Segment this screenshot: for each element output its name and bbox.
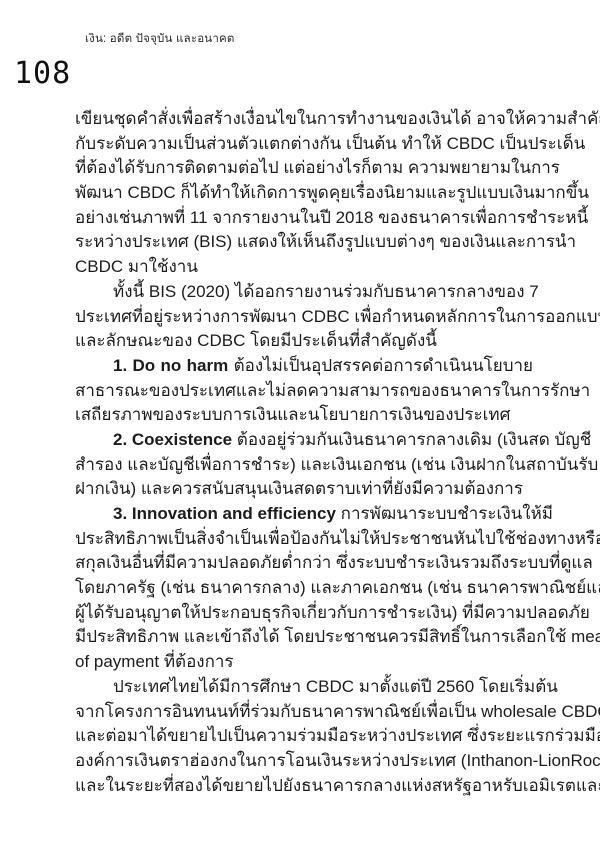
text-line: อย่างเช่นภาพที่ 11 จากรายงานในปี 2018 ขอ… <box>75 206 533 231</box>
text-line: และในระยะที่สองได้ขยายไปยังธนาคารกลางแห่… <box>75 774 533 799</box>
bold-list-label: 3. Innovation and efficiency <box>113 504 336 523</box>
text-line: 1. Do no harm ต้องไม่เป็นอุปสรรคต่อการดำ… <box>75 354 533 379</box>
text-line: ประเทศไทยได้มีการศึกษา CBDC มาตั้งแต่ปี … <box>75 675 533 700</box>
text-line: สาธารณะของประเทศและไม่ลดความสามารถของธนา… <box>75 379 533 404</box>
body-lines: เขียนชุดคำสั่งเพื่อสร้างเงื่อนไขในการทำง… <box>75 107 533 798</box>
text-line: เขียนชุดคำสั่งเพื่อสร้างเงื่อนไขในการทำง… <box>75 107 533 132</box>
bold-list-label: 2. Coexistence <box>113 430 232 449</box>
text-line: พัฒนา CBDC ก็ได้ทำให้เกิดการพูดคุยเรื่อง… <box>75 181 533 206</box>
text-line: โดยภาครัฐ (เช่น ธนาคารกลาง) และภาคเอกชน … <box>75 576 533 601</box>
page-number: 108 <box>14 56 71 91</box>
text-line: ผู้ได้รับอนุญาตให้ประกอบธุรกิจเกี่ยวกับก… <box>75 601 533 626</box>
text-line: จากโครงการอินทนนท์ที่ร่วมกับธนาคารพาณิชย… <box>75 700 533 725</box>
bold-list-label: 1. Do no harm <box>113 356 228 375</box>
text-line: ที่ต้องได้รับการติดตามต่อไป แต่อย่างไรก็… <box>75 156 533 181</box>
text-line: มีประสิทธิภาพ และเข้าถึงได้ โดยประชาชนคว… <box>75 625 533 650</box>
text-line: และลักษณะของ CDBC โดยมีประเด็นที่สำคัญดั… <box>75 329 533 354</box>
running-head-book-title: เงิน: อดีต ปัจจุบัน และอนาคต <box>85 30 235 48</box>
page-background: เงิน: อดีต ปัจจุบัน และอนาคต 108 เขียนชุ… <box>0 0 600 851</box>
text-line: of payment ที่ต้องการ <box>75 650 533 675</box>
text-line: และต่อมาได้ขยายไปเป็นความร่วมมือระหว่างป… <box>75 724 533 749</box>
text-line: ประเทศที่อยู่ระหว่างการพัฒนา CDBC เพื่อก… <box>75 305 533 330</box>
text-line: ฝากเงิน) และควรสนับสนุนเงินสดตราบเท่าที่… <box>75 477 533 502</box>
text-line: ระหว่างประเทศ (BIS) แสดงให้เห็นถึงรูปแบบ… <box>75 230 533 255</box>
text-line: กับระดับความเป็นส่วนตัวแตกต่างกัน เป็นต้… <box>75 132 533 157</box>
text-line: ประสิทธิภาพเป็นสิ่งจำเป็นเพื่อป้องกันไม่… <box>75 527 533 552</box>
text-line: 3. Innovation and efficiency การพัฒนาระบ… <box>75 502 533 527</box>
book-page: { "header": { "book_title": "เงิน: อดีต … <box>0 0 600 851</box>
text-line: เสถียรภาพของระบบการเงินและนโยบายการเงินข… <box>75 403 533 428</box>
text-line: องค์การเงินตราฮ่องกงในการโอนเงินระหว่างป… <box>75 749 533 774</box>
text-line: ทั้งนี้ BIS (2020) ได้ออกรายงานร่วมกับธน… <box>75 280 533 305</box>
text-line: สำรอง และบัญชีเพื่อการชำระ) และเงินเอกชน… <box>75 453 533 478</box>
text-line: CBDC มาใช้งาน <box>75 255 533 280</box>
text-line: 2. Coexistence ต้องอยู่ร่วมกันเงินธนาคาร… <box>75 428 533 453</box>
text-line: สกุลเงินอื่นที่มีความปลอดภัยต่ำกว่า ซึ่ง… <box>75 551 533 576</box>
